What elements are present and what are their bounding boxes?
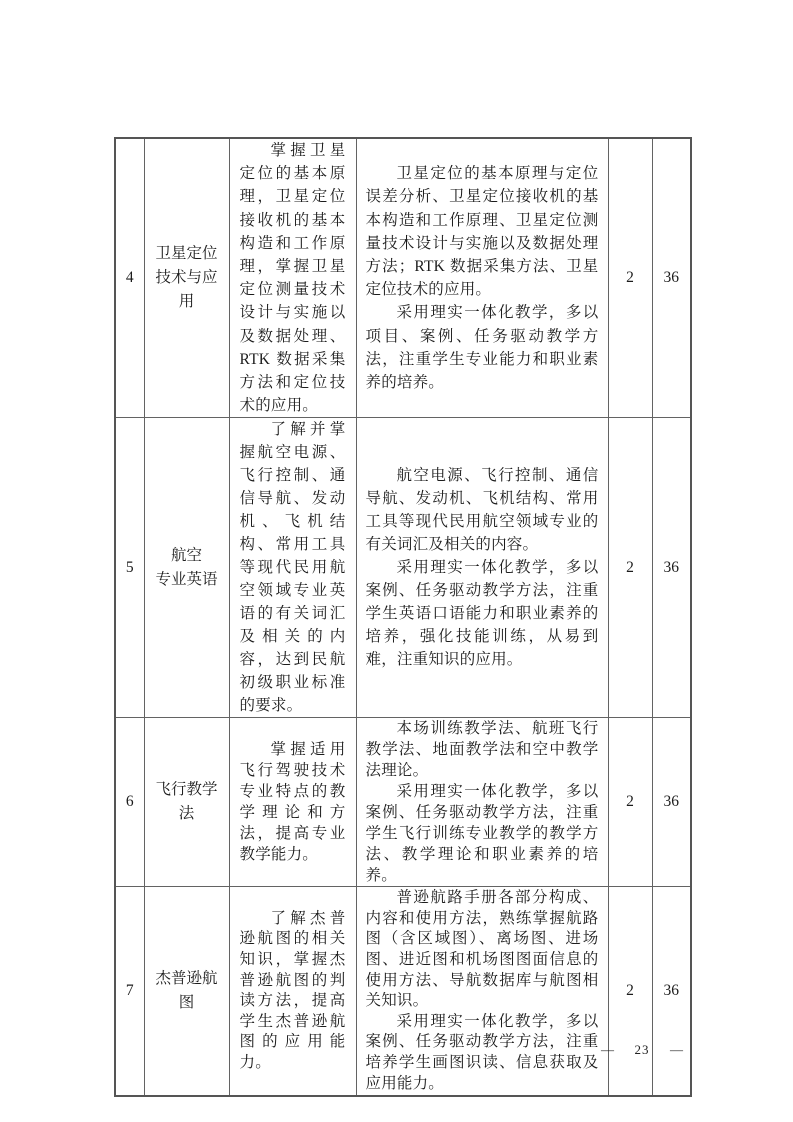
document-page: 4 卫星定位 技术与应 用 掌握卫星定位的基本原理，卫星定位接收机的基本构造和工… (0, 0, 793, 1122)
course-hours: 36 (652, 418, 691, 718)
table-row: 5 航空 专业英语 了解并掌握航空电源、飞行控制、通信导航、发动机、飞机结构、常… (115, 418, 691, 718)
course-objective-cell: 了解杰普逊航图的相关知识，掌握杰普逊航图的判读方法，提高学生杰普逊航图的应用能力… (229, 887, 356, 1096)
table-row: 6 飞行教学 法 掌握适用飞行驾驶技术专业特点的教学理论和方法，提高专业教学能力… (115, 718, 691, 887)
course-objective-cell: 了解并掌握航空电源、飞行控制、通信导航、发动机、飞机结构、常用工具等现代民用航空… (229, 418, 356, 718)
row-number: 4 (115, 138, 144, 418)
course-hours: 36 (652, 887, 691, 1096)
course-credits: 2 (608, 718, 652, 887)
course-name: 航空 专业英语 (144, 418, 229, 718)
content-paragraph: 采用理实一体化教学，多以案例、任务驱动教学方法，注重学生英语口语能力和职业素养的… (366, 556, 599, 671)
content-paragraph: 卫星定位的基本原理与定位误差分析、卫星定位接收机的基本构造和工作原理、卫星定位测… (366, 162, 599, 301)
row-number: 5 (115, 418, 144, 718)
objective-text: 了解并掌握航空电源、飞行控制、通信导航、发动机、飞机结构、常用工具等现代民用航空… (240, 418, 346, 717)
course-content-cell: 普逊航路手册各部分构成、内容和使用方法，熟练掌握航路图（含区域图）、离场图、进场… (356, 887, 608, 1096)
course-credits: 2 (608, 887, 652, 1096)
page-number-dash-left: — (601, 1042, 614, 1058)
course-hours: 36 (652, 718, 691, 887)
content-paragraph: 采用理实一体化教学，多以案例、任务驱动教学方法，注重学生飞行训练专业教学的教学方… (366, 781, 599, 886)
row-number: 7 (115, 887, 144, 1096)
course-content-cell: 卫星定位的基本原理与定位误差分析、卫星定位接收机的基本构造和工作原理、卫星定位测… (356, 138, 608, 418)
course-table: 4 卫星定位 技术与应 用 掌握卫星定位的基本原理，卫星定位接收机的基本构造和工… (114, 137, 692, 1097)
course-content-cell: 航空电源、飞行控制、通信导航、发动机、飞机结构、常用工具等现代民用航空领域专业的… (356, 418, 608, 718)
content-paragraph: 采用理实一体化教学，多以案例、任务驱动教学方法，注重培养学生画图识读、信息获取及… (366, 1012, 599, 1094)
course-name: 飞行教学 法 (144, 718, 229, 887)
objective-text: 掌握卫星定位的基本原理，卫星定位接收机的基本构造和工作原理，掌握卫星定位测量技术… (240, 139, 346, 417)
row-number: 6 (115, 718, 144, 887)
course-objective-cell: 掌握卫星定位的基本原理，卫星定位接收机的基本构造和工作原理，掌握卫星定位测量技术… (229, 138, 356, 418)
objective-text: 掌握适用飞行驾驶技术专业特点的教学理论和方法，提高专业教学能力。 (240, 739, 346, 865)
course-content-cell: 本场训练教学法、航班飞行教学法、地面教学法和空中教学法理论。 采用理实一体化教学… (356, 718, 608, 887)
page-number-value: 23 (635, 1042, 650, 1058)
course-name: 卫星定位 技术与应 用 (144, 138, 229, 418)
page-number-dash-right: — (670, 1042, 683, 1058)
course-name: 杰普逊航 图 (144, 887, 229, 1096)
course-credits: 2 (608, 418, 652, 718)
course-hours: 36 (652, 138, 691, 418)
content-paragraph: 航空电源、飞行控制、通信导航、发动机、飞机结构、常用工具等现代民用航空领域专业的… (366, 464, 599, 556)
objective-text: 了解杰普逊航图的相关知识，掌握杰普逊航图的判读方法，提高学生杰普逊航图的应用能力… (240, 909, 346, 1074)
table-row: 7 杰普逊航 图 了解杰普逊航图的相关知识，掌握杰普逊航图的判读方法，提高学生杰… (115, 887, 691, 1096)
content-paragraph: 普逊航路手册各部分构成、内容和使用方法，熟练掌握航路图（含区域图）、离场图、进场… (366, 888, 599, 1012)
table-row: 4 卫星定位 技术与应 用 掌握卫星定位的基本原理，卫星定位接收机的基本构造和工… (115, 138, 691, 418)
content-paragraph: 采用理实一体化教学，多以项目、案例、任务驱动教学方法，注重学生专业能力和职业素养… (366, 301, 599, 394)
course-objective-cell: 掌握适用飞行驾驶技术专业特点的教学理论和方法，提高专业教学能力。 (229, 718, 356, 887)
course-credits: 2 (608, 138, 652, 418)
content-paragraph: 本场训练教学法、航班飞行教学法、地面教学法和空中教学法理论。 (366, 718, 599, 781)
page-number: — 23 — (601, 1042, 683, 1058)
